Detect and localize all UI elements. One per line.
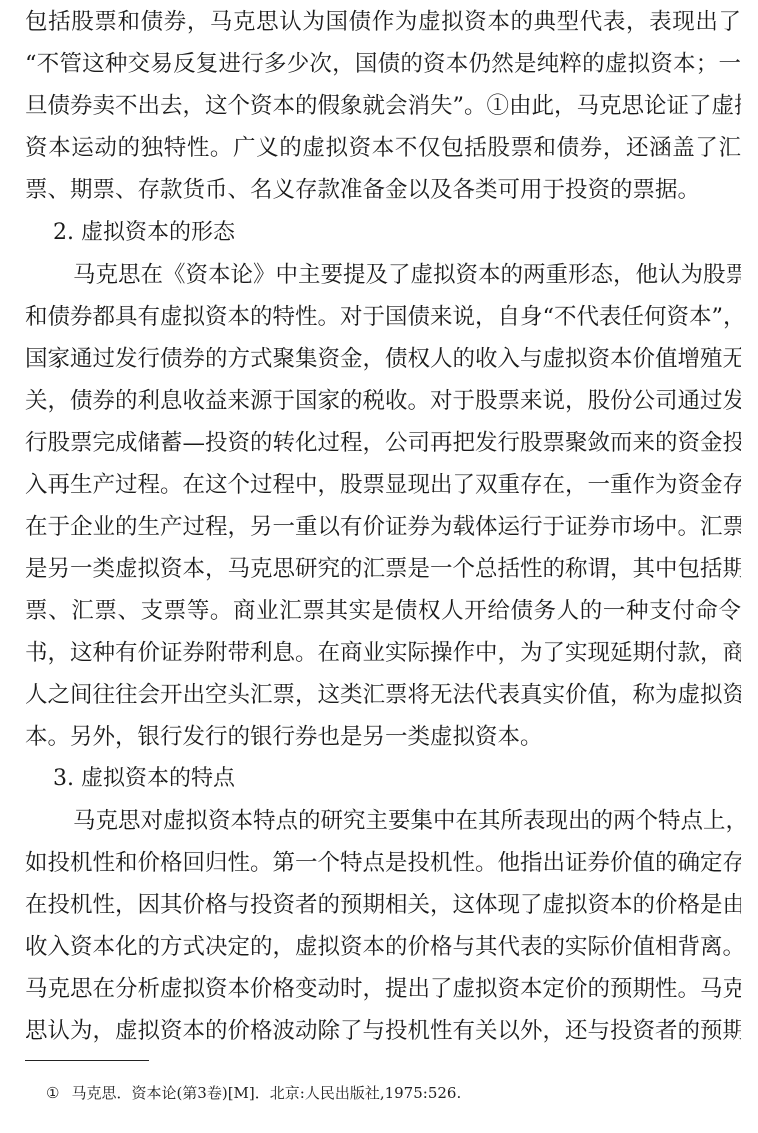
text-line: 票、汇票、支票等。商业汇票其实是债权人开给债务人的一种支付命令 — [25, 596, 741, 626]
text-line: 马克思在分析虚拟资本价格变动时，提出了虚拟资本定价的预期性。马克 — [25, 974, 741, 1004]
text-line: 票、期票、存款货币、名义存款准备金以及各类可用于投资的票据。 — [25, 175, 741, 205]
text-line: 书，这种有价证券附带利息。在商业实际操作中，为了实现延期付款，商 — [25, 638, 741, 668]
text-line: 思认为，虚拟资本的价格波动除了与投机性有关以外，还与投资者的预期 — [25, 1016, 741, 1046]
text-line: 资本运动的独特性。广义的虚拟资本不仅包括股票和债券，还涵盖了汇 — [25, 133, 741, 163]
text-line: “不管这种交易反复进行多少次，国债的资本仍然是纯粹的虚拟资本；一 — [25, 49, 741, 79]
section-heading: 3. 虚拟资本的特点 — [53, 764, 235, 794]
text-line: 如投机性和价格回归性。第一个特点是投机性。他指出证券价值的确定存 — [25, 848, 741, 878]
text-line: 关，债券的利息收益来源于国家的税收。对于股票来说，股份公司通过发 — [25, 386, 741, 416]
text-line: 入再生产过程。在这个过程中，股票显现出了双重存在，一重作为资金存 — [25, 470, 741, 500]
document-page: 包括股票和债券，马克思认为国债作为虚拟资本的典型代表，表现出了 “不管这种交易反… — [0, 0, 758, 1133]
footnote: ①马克思．资本论(第3卷)[M]．北京:人民出版社,1975:526. — [46, 1083, 461, 1103]
text-line: 在投机性，因其价格与投资者的预期相关，这体现了虚拟资本的价格是由 — [25, 890, 741, 920]
text-line: 人之间往往会开出空头汇票，这类汇票将无法代表真实价值，称为虚拟资 — [25, 680, 741, 710]
text-line: 包括股票和债券，马克思认为国债作为虚拟资本的典型代表，表现出了 — [25, 7, 741, 37]
section-heading: 2. 虚拟资本的形态 — [53, 218, 235, 248]
text-line: 和债券都具有虚拟资本的特性。对于国债来说，自身“不代表任何资本”， — [25, 302, 741, 332]
footnote-marker: ① — [46, 1084, 59, 1102]
text-line: 本。另外，银行发行的银行券也是另一类虚拟资本。 — [25, 722, 741, 752]
text-line: 国家通过发行债券的方式聚集资金，债权人的收入与虚拟资本价值增殖无 — [25, 344, 741, 374]
text-line: 旦债券卖不出去，这个资本的假象就会消失”。①由此，马克思论证了虚拟 — [25, 91, 741, 121]
text-line: 收入资本化的方式决定的，虚拟资本的价格与其代表的实际价值相背离。 — [25, 932, 741, 962]
text-line: 在于企业的生产过程，另一重以有价证券为载体运行于证券市场中。汇票 — [25, 512, 741, 542]
footnote-text: 马克思．资本论(第3卷)[M]．北京:人民出版社,1975:526. — [71, 1084, 461, 1102]
text-line: 马克思在《资本论》中主要提及了虚拟资本的两重形态，他认为股票 — [73, 260, 741, 290]
text-line: 马克思对虚拟资本特点的研究主要集中在其所表现出的两个特点上， — [73, 806, 741, 836]
text-line: 是另一类虚拟资本，马克思研究的汇票是一个总括性的称谓，其中包括期 — [25, 554, 741, 584]
text-line: 行股票完成储蓄—投资的转化过程，公司再把发行股票聚敛而来的资金投 — [25, 428, 741, 458]
footnote-divider — [25, 1060, 149, 1061]
